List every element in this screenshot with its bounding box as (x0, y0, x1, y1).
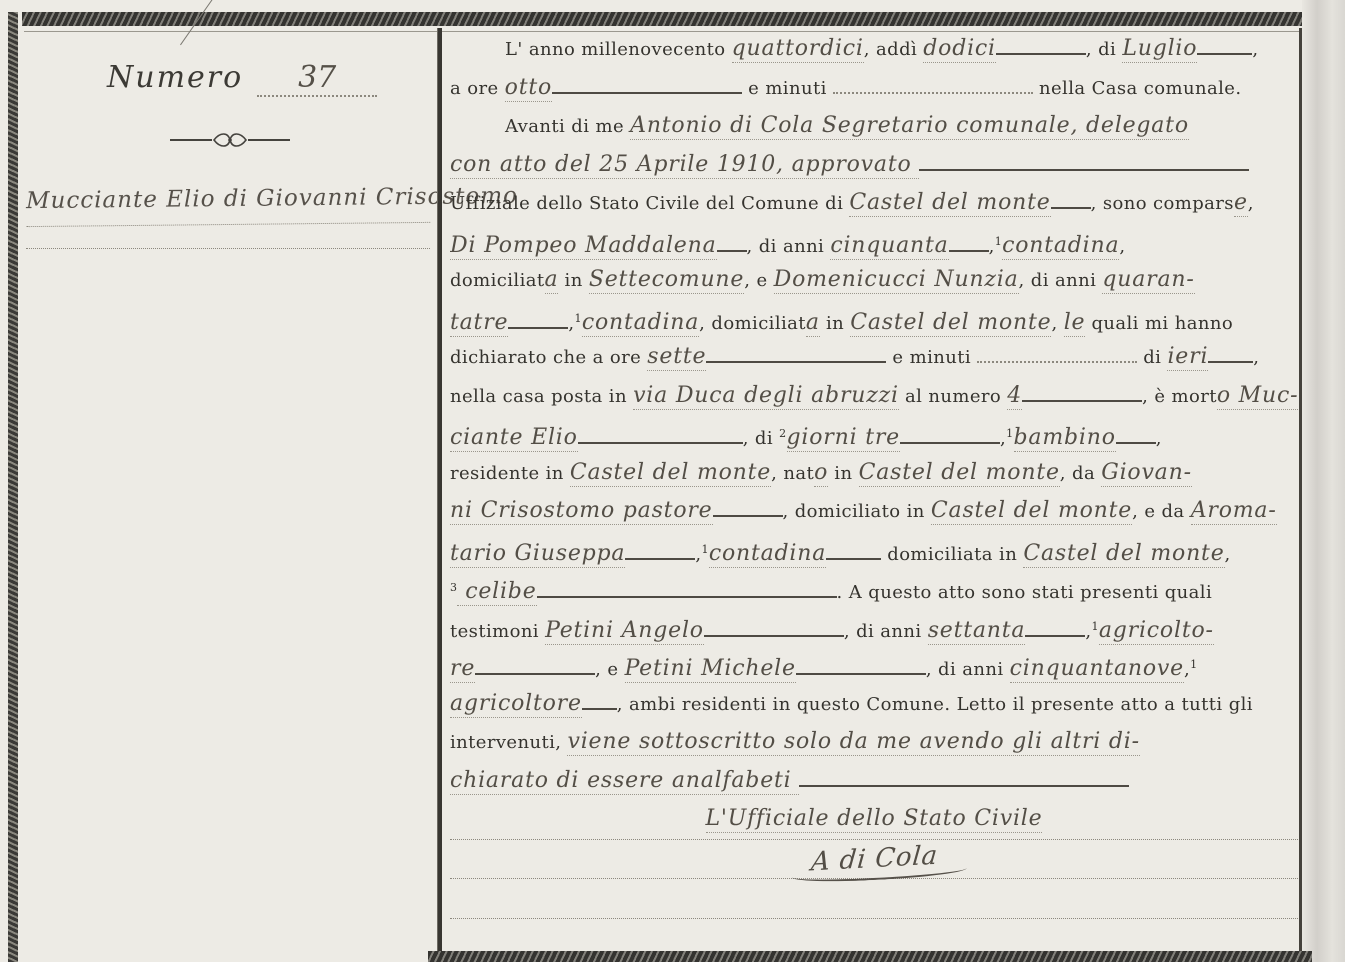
handwritten-entry: Luglio (1122, 36, 1197, 63)
handwritten-entry: Petini Michele (625, 656, 796, 683)
handwritten-entry: 4 (1007, 383, 1022, 410)
printed-form-text: , addì (864, 39, 924, 60)
death-record-form: Numero37 Mucciante Elio di Giovanni Cris… (0, 0, 1345, 962)
numero-label: Numero (107, 60, 243, 95)
fill-in-blank (578, 442, 743, 444)
deceased-name-annotation: Mucciante Elio di Giovanni Crisostomo (26, 172, 431, 227)
form-line: Di Pompeo Maddalena, di anni cinquanta,1… (450, 223, 1298, 262)
fill-in-blank (919, 169, 1249, 171)
printed-form-text: e minuti (742, 78, 833, 99)
handwritten-entry: Castel del monte (859, 460, 1060, 487)
handwritten-entry: Domenicucci Nunzia (774, 267, 1019, 294)
handwritten-entry: le (1064, 310, 1086, 337)
knot-divider-ornament (22, 132, 437, 152)
handwritten-entry: otto (505, 75, 552, 102)
printed-form-text: e minuti (886, 347, 977, 368)
handwritten-entry: Castel del monte (931, 498, 1132, 525)
form-line: chiarato di essere analfabeti (450, 762, 1298, 801)
printed-form-text: intervenuti, (450, 732, 567, 753)
form-line: nella casa posta in via Duca degli abruz… (450, 377, 1298, 416)
handwritten-entry: quaran- (1102, 267, 1194, 294)
fill-in-blank (475, 673, 595, 675)
form-line: a ore otto e minuti nella Casa comunale. (450, 69, 1298, 108)
handwritten-entry: cinquanta (830, 233, 948, 260)
footnote-reference: 2 (779, 427, 786, 440)
form-line: A di Cola (450, 840, 1298, 880)
handwritten-entry: cinquantanove (1010, 656, 1184, 683)
handwritten-entry: ni Crisostomo pastore (450, 498, 713, 525)
handwritten-entry: a (545, 267, 559, 294)
handwritten-entry: giorni tre (787, 425, 900, 452)
handwritten-entry: Giovan- (1101, 460, 1192, 487)
printed-form-text: testimoni (450, 621, 545, 642)
printed-form-text: . A questo atto sono stati presenti qual… (837, 582, 1213, 603)
printed-form-text: in (820, 313, 850, 334)
handwritten-entry: celibe (457, 579, 536, 606)
fill-in-blank (717, 250, 747, 252)
officer-signature: A di Cola (809, 836, 939, 882)
handwritten-entry: contadina (1002, 233, 1119, 260)
handwritten-entry: quattordici (732, 36, 864, 63)
printed-form-text: in (828, 463, 858, 484)
handwritten-entry: L'Ufficiale dello Stato Civile (706, 806, 1043, 833)
fill-in-blank (826, 558, 881, 560)
printed-form-text: , (1225, 544, 1231, 565)
printed-form-text: residente in (450, 463, 570, 484)
fill-in-blank (508, 327, 568, 329)
handwritten-entry: dodici (923, 36, 996, 63)
handwritten-entry: Castel del monte (849, 190, 1050, 217)
fill-in-blank (1051, 207, 1091, 209)
printed-form-text: L' anno millenovecento (505, 39, 732, 60)
form-line: L' anno millenovecento quattordici, addì… (450, 30, 1298, 69)
margin-column: Numero37 Mucciante Elio di Giovanni Cris… (22, 32, 437, 952)
handwritten-entry: o (814, 460, 828, 487)
handwritten-entry: agricolto- (1099, 618, 1214, 645)
fill-in-blank (537, 596, 837, 598)
fill-in-blank (706, 361, 886, 363)
printed-form-text: in (558, 270, 588, 291)
form-line: re, e Petini Michele, di anni cinquantan… (450, 646, 1298, 685)
handwritten-entry: viene sottoscritto solo da me avendo gli… (567, 729, 1139, 756)
printed-form-text: nella Casa comunale. (1033, 78, 1242, 99)
fill-in-blank (1022, 400, 1142, 402)
printed-form-text: al numero (899, 386, 1007, 407)
printed-form-text: , domiciliat (699, 313, 806, 334)
printed-form-text: nella casa posta in (450, 386, 633, 407)
form-line: dichiarato che a ore sette e minuti di i… (450, 338, 1298, 377)
form-line (450, 879, 1298, 919)
printed-form-text: Uffiziale dello Stato Civile del Comune … (450, 193, 849, 214)
printed-form-text: , di (1086, 39, 1122, 60)
fill-in-blank (796, 673, 926, 675)
printed-form-text: , di (743, 428, 779, 449)
handwritten-entry: sette (647, 344, 706, 371)
handwritten-entry: via Duca degli abruzzi (633, 383, 899, 410)
handwritten-entry: agricoltore (450, 691, 582, 718)
fill-in-blank (1116, 442, 1156, 444)
handwritten-entry: ieri (1167, 344, 1208, 371)
printed-form-text: , di anni (926, 659, 1010, 680)
act-number-row: Numero37 (107, 60, 377, 97)
printed-form-text: , e (744, 270, 773, 291)
form-line: tario Giuseppa,1contadina domiciliata in… (450, 531, 1298, 570)
fill-in-blank (949, 250, 989, 252)
footnote-reference: 1 (1091, 620, 1098, 633)
printed-form-text: , (1119, 236, 1125, 257)
printed-form-text: , da (1060, 463, 1101, 484)
printed-form-text: , e da (1132, 501, 1191, 522)
handwritten-entry: o Muc- (1217, 383, 1298, 410)
printed-form-text: di (1137, 347, 1167, 368)
fill-in-blank (625, 558, 695, 560)
printed-form-text: quali mi hanno (1085, 313, 1233, 334)
printed-form-text: a ore (450, 78, 505, 99)
printed-form-text: , è mort (1142, 386, 1217, 407)
handwritten-entry: Castel del monte (570, 460, 771, 487)
handwritten-entry: a (806, 310, 820, 337)
handwritten-entry: tario Giuseppa (450, 541, 625, 568)
form-line: 3 celibe. A questo atto sono stati prese… (450, 569, 1298, 608)
footnote-reference: 1 (701, 543, 708, 556)
fill-in-blank (704, 635, 844, 637)
form-line: Avanti di me Antonio di Cola Segretario … (450, 107, 1298, 146)
printed-form-text: , (1156, 428, 1162, 449)
fill-in-blank (1025, 635, 1085, 637)
handwritten-entry: Settecomune (589, 267, 744, 294)
printed-form-text: , di anni (844, 621, 928, 642)
handwritten-entry: re (450, 656, 475, 683)
column-divider-rule (437, 28, 442, 962)
printed-form-text: , ambi residenti in questo Comune. Letto… (617, 694, 1253, 715)
form-line: testimoni Petini Angelo, di anni settant… (450, 608, 1298, 647)
handwritten-entry: e (1234, 190, 1248, 217)
form-line: con atto del 25 Aprile 1910, approvato (450, 146, 1298, 185)
margin-dotted-line (26, 248, 430, 249)
handwritten-entry: contadina (582, 310, 699, 337)
handwritten-entry: Aroma- (1191, 498, 1277, 525)
fill-in-blank (977, 361, 1137, 363)
fill-in-blank (799, 785, 1129, 787)
footnote-reference: 1 (574, 312, 581, 325)
printed-form-text: domiciliat (450, 270, 545, 291)
fill-in-blank (552, 92, 742, 94)
form-line: intervenuti, viene sottoscritto solo da … (450, 723, 1298, 762)
fill-in-blank (1197, 53, 1252, 55)
handwritten-entry: Petini Angelo (545, 618, 704, 645)
bottom-hatched-border (428, 951, 1312, 962)
printed-form-text: , (1253, 347, 1259, 368)
handwritten-entry: contadina (709, 541, 826, 568)
form-line: domiciliata in Settecomune, e Domenicucc… (450, 261, 1298, 300)
footnote-reference: 1 (995, 235, 1002, 248)
form-line: tatre,1contadina, domiciliata in Castel … (450, 300, 1298, 339)
fill-in-blank (900, 442, 1000, 444)
act-lines: L' anno millenovecento quattordici, addì… (450, 30, 1298, 955)
printed-form-text: , sono compars (1091, 193, 1234, 214)
handwritten-entry: settanta (928, 618, 1026, 645)
form-line: L'Ufficiale dello Stato Civile (450, 800, 1298, 840)
printed-form-text: , (1051, 313, 1063, 334)
handwritten-entry: ciante Elio (450, 425, 578, 452)
scanned-page-edge (1302, 0, 1345, 962)
handwritten-entry: bambino (1014, 425, 1116, 452)
printed-form-text: , (1252, 39, 1258, 60)
fill-in-blank (1208, 361, 1253, 363)
top-hatched-border (22, 12, 1312, 26)
form-line: agricoltore, ambi residenti in questo Co… (450, 685, 1298, 724)
handwritten-entry: Castel del monte (1023, 541, 1224, 568)
handwritten-entry: chiarato di essere analfabeti (450, 768, 799, 795)
act-number-value: 37 (257, 60, 377, 97)
fill-in-blank (833, 92, 1033, 94)
printed-form-text: , e (595, 659, 624, 680)
printed-form-text: , domiciliato in (783, 501, 931, 522)
printed-form-text: , nat (771, 463, 814, 484)
form-line: residente in Castel del monte, nato in C… (450, 454, 1298, 493)
handwritten-entry: Castel del monte (850, 310, 1051, 337)
printed-form-text: domiciliata in (881, 544, 1023, 565)
form-line: ciante Elio, di 2giorni tre,1bambino, (450, 415, 1298, 454)
handwritten-entry: Antonio di Cola Segretario comunale, del… (630, 113, 1189, 140)
left-hatched-border (8, 12, 18, 962)
printed-form-text: Avanti di me (505, 116, 630, 137)
handwritten-entry: tatre (450, 310, 508, 337)
fill-in-blank (713, 515, 783, 517)
footnote-reference: 1 (1006, 427, 1013, 440)
fill-in-blank (996, 53, 1086, 55)
printed-form-text: , di anni (1019, 270, 1103, 291)
handwritten-entry: Di Pompeo Maddalena (450, 233, 717, 260)
printed-form-text: , (1248, 193, 1254, 214)
form-line: ni Crisostomo pastore, domiciliato in Ca… (450, 492, 1298, 531)
handwritten-entry: con atto del 25 Aprile 1910, approvato (450, 152, 919, 179)
printed-form-text: , di anni (747, 236, 831, 257)
form-line: Uffiziale dello Stato Civile del Comune … (450, 184, 1298, 223)
printed-form-text: dichiarato che a ore (450, 347, 647, 368)
footnote-reference: 1 (1190, 658, 1197, 671)
fill-in-blank (582, 708, 617, 710)
